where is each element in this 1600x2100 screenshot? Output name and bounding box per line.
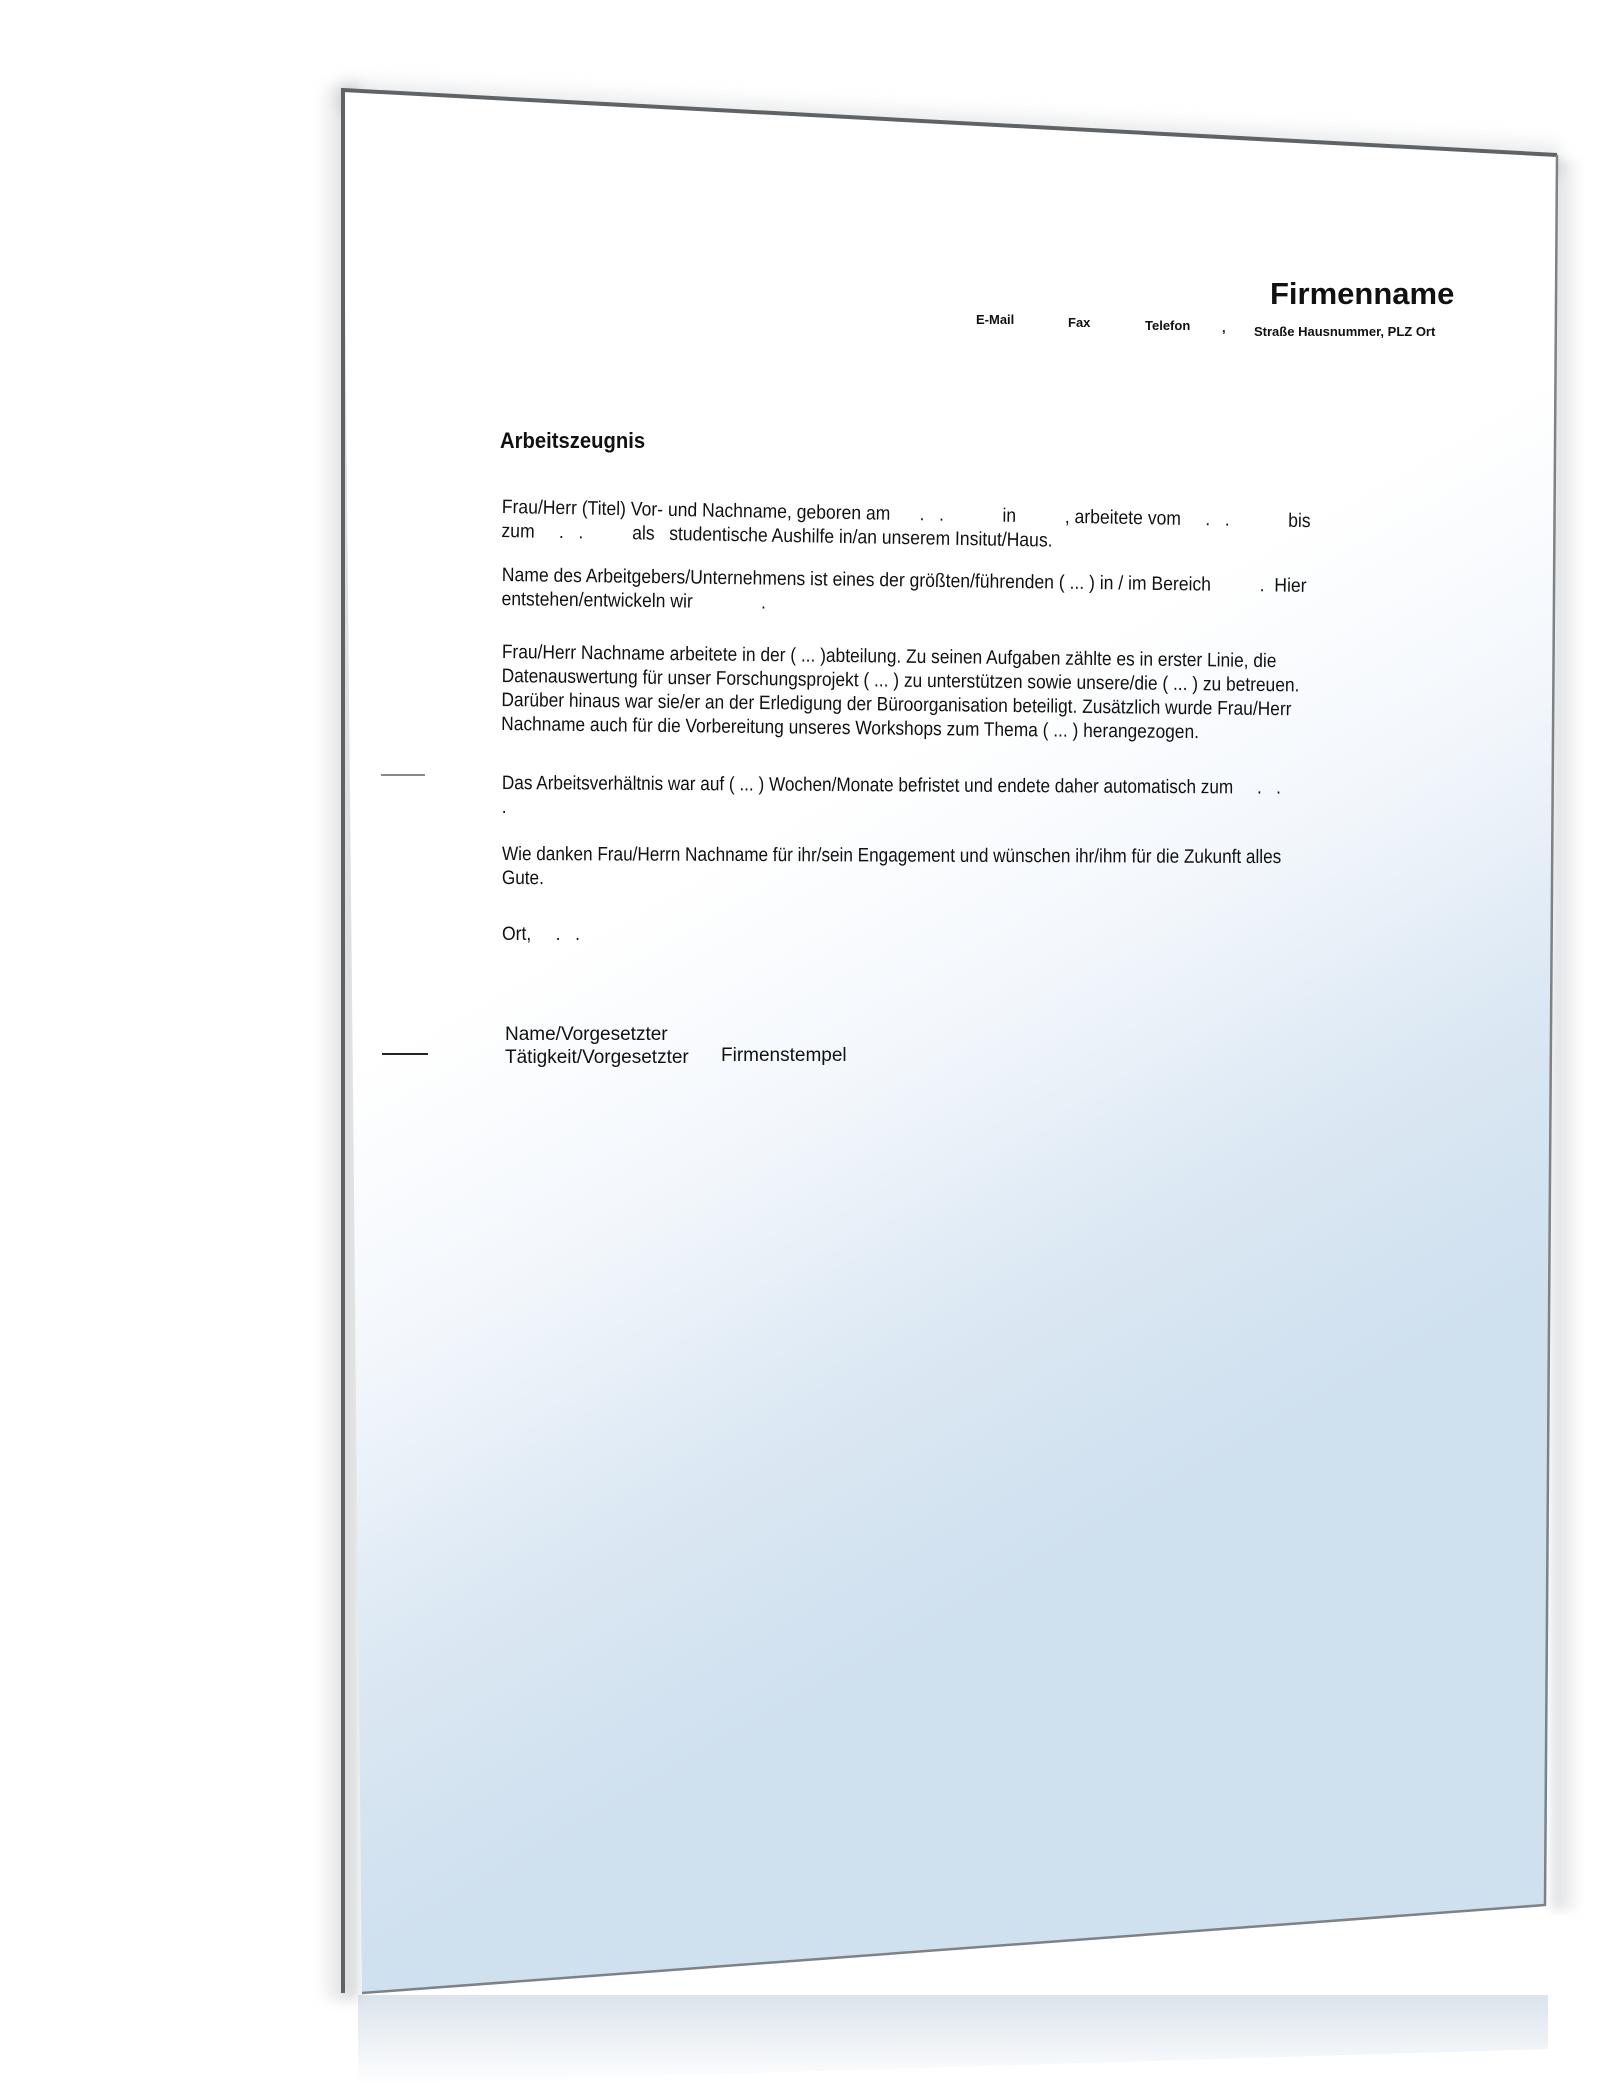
paragraph-line: Gute. [502, 866, 1281, 893]
address: Straße Hausnummer, PLZ Ort [1254, 324, 1435, 339]
paragraph-3: Frau/Herr Nachname arbeitete in der ( ..… [501, 640, 1300, 745]
paragraph-line: . [502, 795, 1281, 824]
paragraph-line: Das Arbeitsverhältnis war auf ( ... ) Wo… [502, 771, 1281, 800]
company-name: Firmenname [1270, 276, 1454, 312]
place-date: Ort, . . [502, 922, 580, 946]
document-title: Arbeitszeugnis [500, 428, 645, 454]
phone-label: Telefon [1145, 318, 1190, 333]
contact-separator: , [1222, 320, 1226, 335]
fax-label: Fax [1068, 315, 1090, 330]
paragraph-2: Name des Arbeitgebers/Unternehmens ist e… [501, 563, 1306, 622]
email-label: E-Mail [976, 312, 1014, 327]
place-date-line: Ort, . . [502, 922, 580, 946]
document-content: Firmenname E-Mail Fax Telefon , Straße H… [0, 0, 1600, 2100]
paragraph-1: Frau/Herr (Titel) Vor- und Nachname, geb… [501, 495, 1310, 557]
paragraph-5: Wie danken Frau/Herrn Nachname für ihr/s… [502, 842, 1281, 893]
signature-role: Tätigkeit/Vorgesetzter [505, 1046, 689, 1070]
signature-name: Name/Vorgesetzter [505, 1023, 668, 1047]
punch-mark [382, 1053, 428, 1055]
fold-mark [381, 774, 425, 776]
company-stamp-label: Firmenstempel [721, 1044, 847, 1068]
paragraph-line: Wie danken Frau/Herrn Nachname für ihr/s… [502, 842, 1281, 869]
paragraph-4: Das Arbeitsverhältnis war auf ( ... ) Wo… [502, 771, 1281, 824]
